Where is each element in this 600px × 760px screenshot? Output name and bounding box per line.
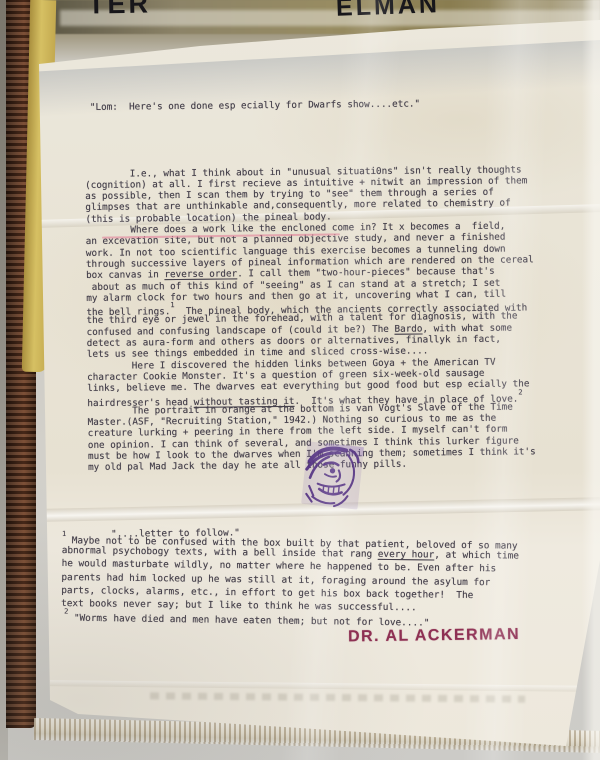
typed-letter-page: "Lom: Here's one done esp ecially for Dw…	[0, 0, 600, 760]
blank-line	[85, 131, 537, 147]
marker-writing-fragment-left: TER	[88, 0, 152, 21]
marker-writing-fragment-right: ELMAN	[336, 0, 441, 23]
letter-paragraphs: I.e., what I think about in "unusual sit…	[85, 164, 540, 474]
purple-face-stamp-icon	[298, 438, 369, 514]
ink-show-through	[150, 692, 525, 702]
signature-stamp: DR. AL ACKERMAN	[348, 626, 548, 647]
paper-crease-lower	[50, 680, 590, 692]
photo-of-letter-scene: TER ELMAN "Lom: Here's one done esp ecia…	[0, 0, 600, 760]
footnote-1: 1 Maybe not to be confused with the box …	[61, 531, 534, 616]
letter-salutation: "Lom: Here's one done esp ecially for Dw…	[84, 97, 536, 113]
